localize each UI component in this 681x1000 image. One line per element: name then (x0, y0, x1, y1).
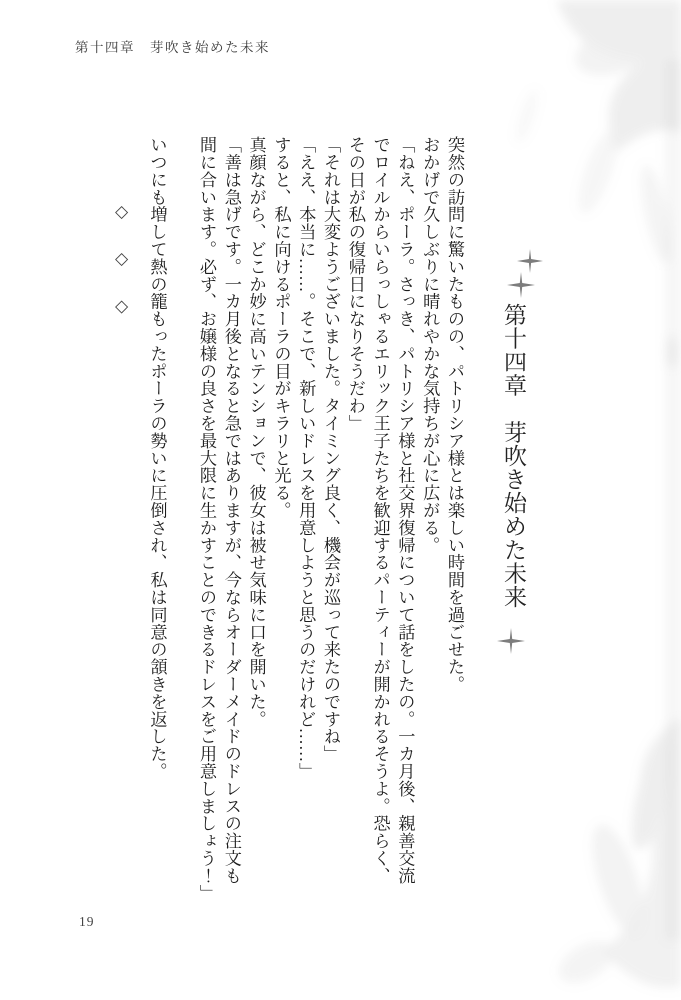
sparkle-icon (497, 628, 523, 654)
running-header: 第十四章 芽吹き始めた未来 (75, 36, 270, 56)
page-number: 19 (79, 914, 95, 930)
paragraph: すると、私に向けるポーラの目がキラリと光る。 (268, 136, 293, 893)
body-text: 突然の訪問に驚いたものの、パトリシア様とは楽しい時間を過ごせた。 おかげで久しぶ… (104, 136, 466, 893)
paragraph: 「ええ、本当に……。そこで、新しいドレスを用意しようと思うのだけれど……」 (292, 136, 317, 893)
sparkle-icon (507, 272, 533, 298)
paragraph: おかげで久しぶりに晴れやかな気持ちが心に広がる。 (416, 136, 441, 893)
paragraph: 真顔ながら、どこか妙に高いテンションで、彼女は被せ気味に口を開いた。 (243, 136, 268, 893)
paragraph: 突然の訪問に驚いたものの、パトリシア様とは楽しい時間を過ごせた。 (441, 136, 466, 893)
chapter-title: 第十四章 芽吹き始めた未来 (497, 303, 530, 609)
paragraph: 「善は急げです。一カ月後となると急ではありますが、今ならオーダーメイドのドレスの… (193, 136, 243, 893)
book-page: 第十四章 芽吹き始めた未来 第十四章 芽吹き始めた未来 突然の訪問に驚いたものの… (0, 0, 681, 1000)
scene-separator: ◇ ◇ ◇ (109, 136, 134, 893)
paragraph: 「ねえ、ポーラ。さっき、パトリシア様と社交界復帰について話をしたの。一カ月後、親… (342, 136, 416, 893)
paragraph: いつにも増して熱の籠もったポーラの勢いに圧倒され、私は同意の頷きを返した。 (144, 136, 169, 893)
paragraph: 「それは大変ようございました。タイミング良く、機会が巡って来たのですね」 (317, 136, 342, 893)
